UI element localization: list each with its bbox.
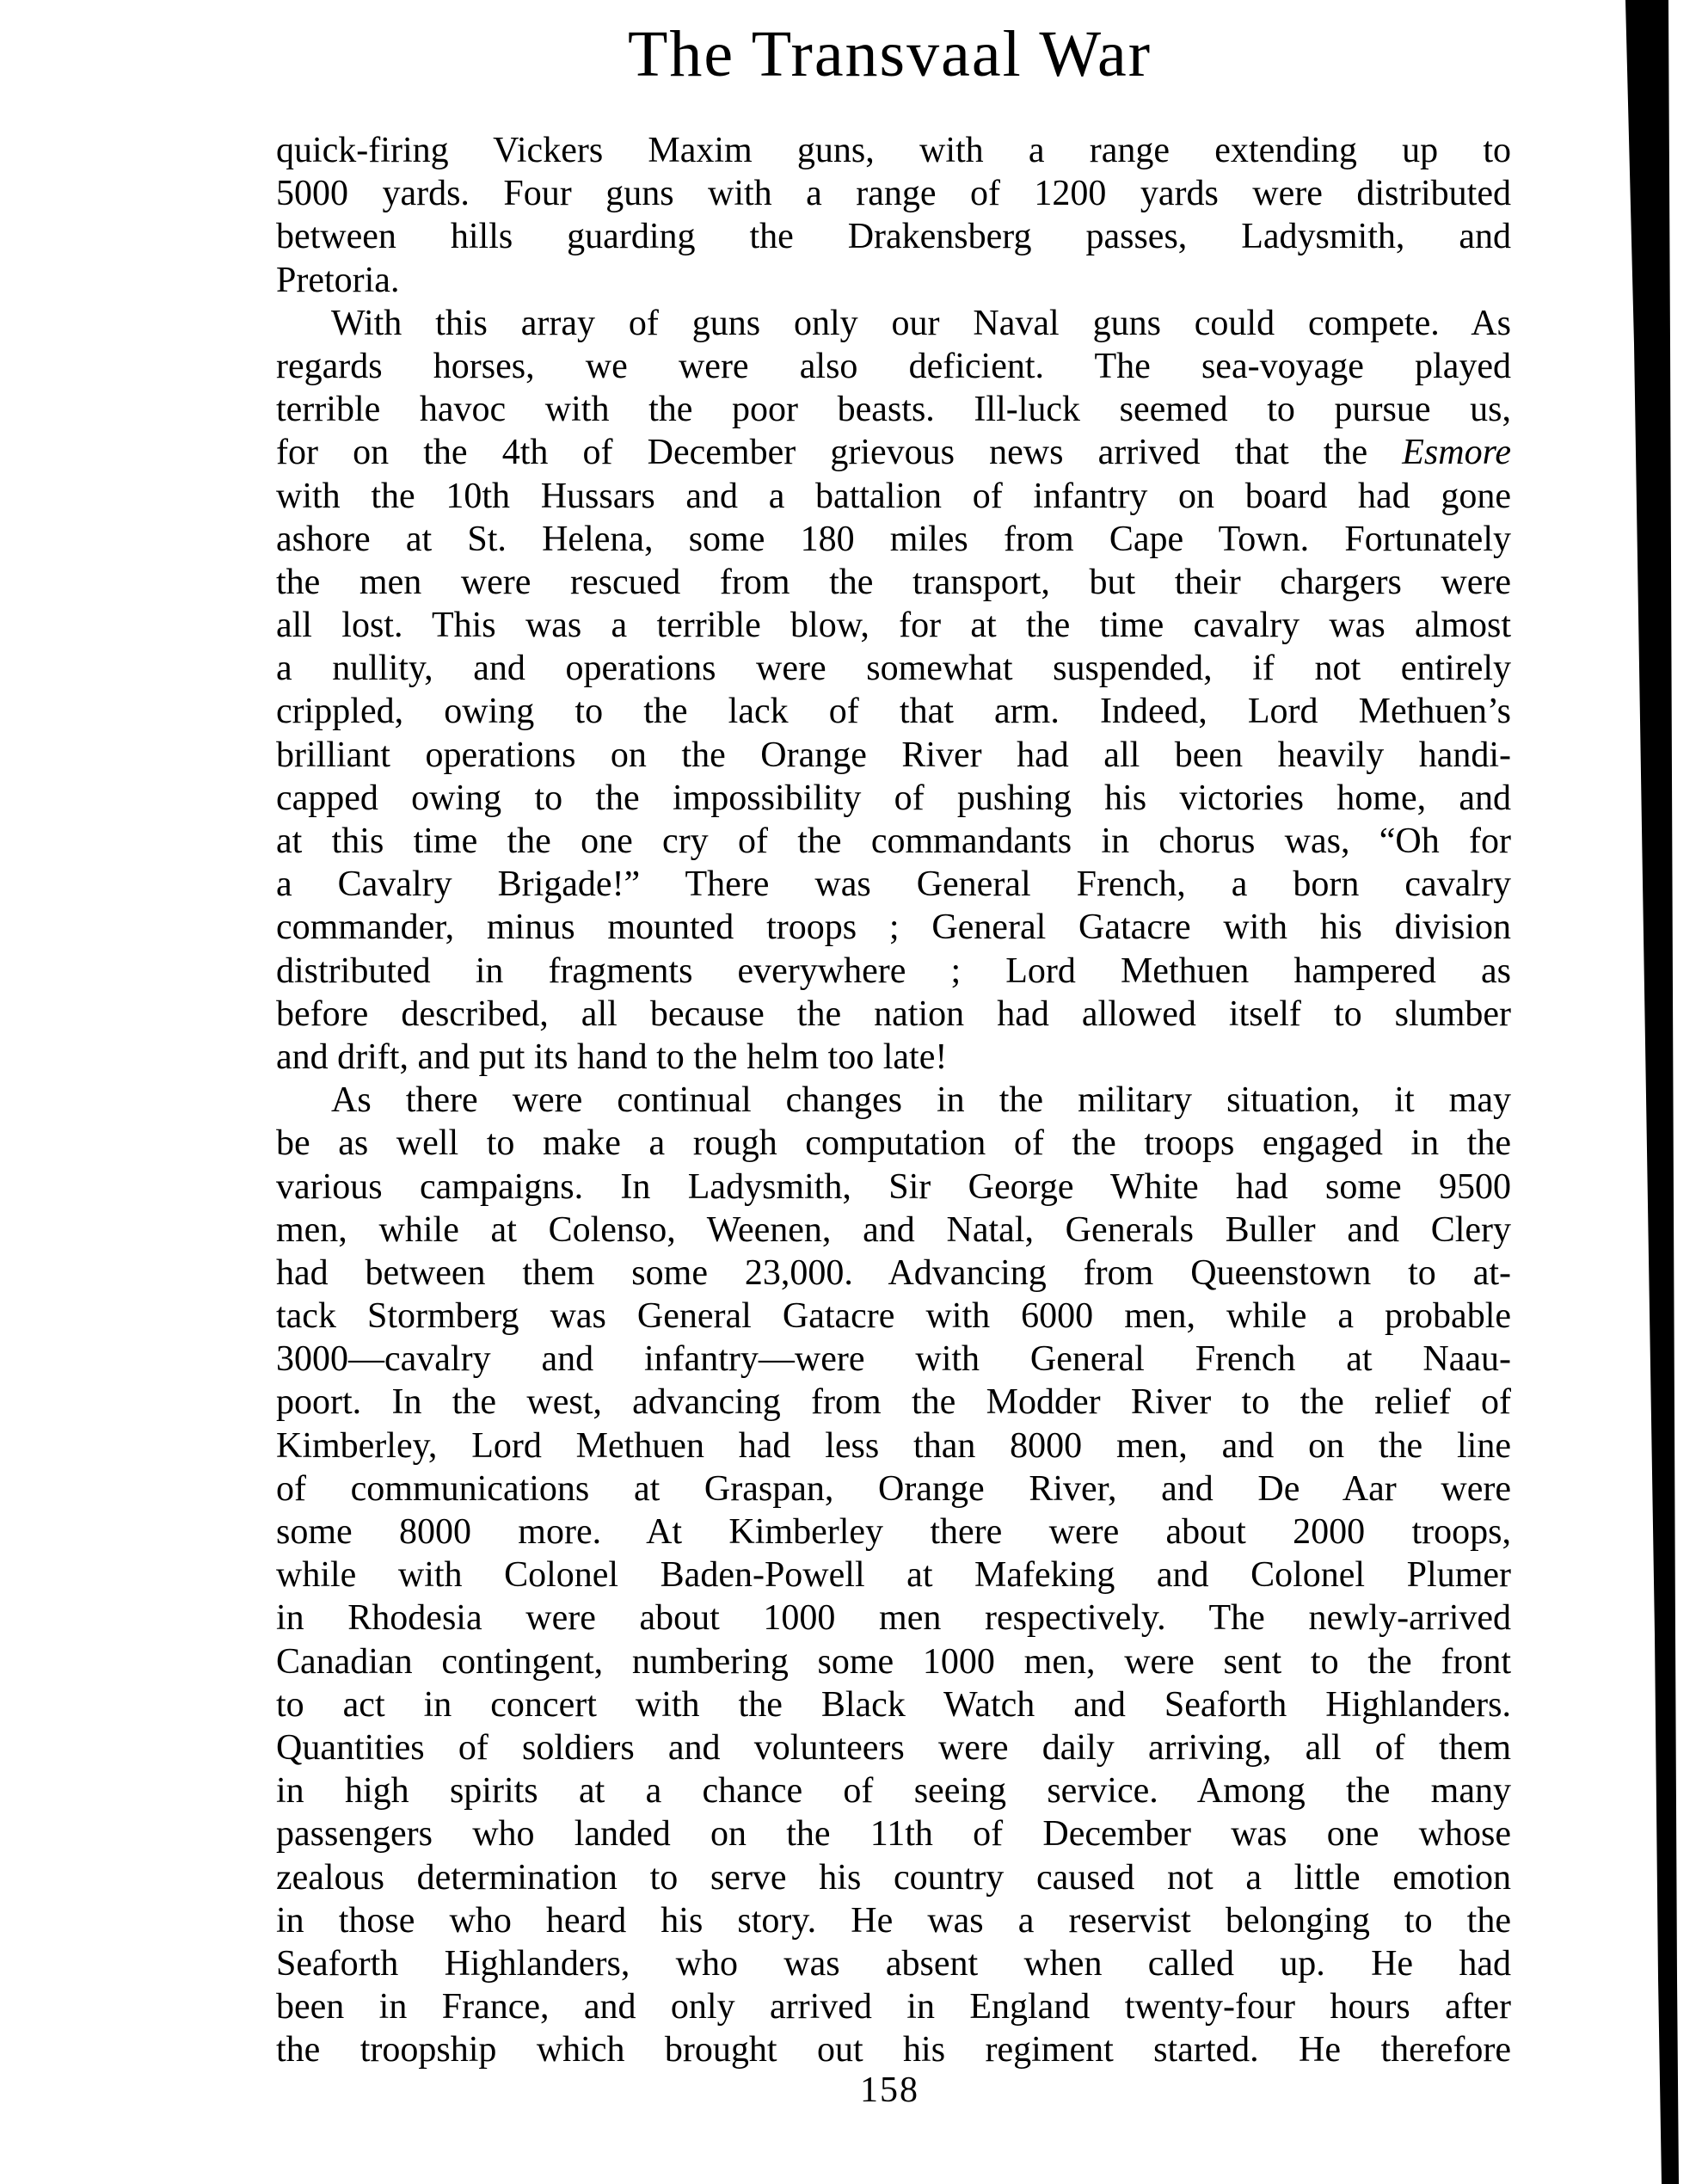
text-line-content: regards horses, we were also deficient. … [276, 347, 1511, 386]
text-line-content: in high spirits at a chance of seeing se… [276, 1771, 1511, 1811]
text-line: and drift, and put its hand to the helm … [276, 1036, 1511, 1079]
text-line: with the 10th Hussars and a battalion of… [276, 475, 1511, 518]
text-line-content: between hills guarding the Drakensberg p… [276, 217, 1511, 256]
text-line-content: a Cavalry Brigade!” There was General Fr… [276, 864, 1511, 904]
text-line-content: Pretoria. [276, 261, 399, 300]
text-line-content: with the 10th Hussars and a battalion of… [276, 477, 1511, 516]
text-line-content: tack Stormberg was General Gatacre with … [276, 1296, 1511, 1336]
book-gutter-shadow [1617, 0, 1686, 2184]
text-line: a nullity, and operations were somewhat … [276, 647, 1511, 690]
text-line-content: passengers who landed on the 11th of Dec… [276, 1814, 1511, 1854]
text-line-content: 3000—cavalry and infantry—were with Gene… [276, 1339, 1511, 1379]
text-line: zealous determination to serve his count… [276, 1856, 1511, 1899]
text-line: capped owing to the impossibility of pus… [276, 777, 1511, 820]
running-head: The Transvaal War [0, 15, 1702, 93]
text-line: before described, all because the nation… [276, 993, 1511, 1036]
text-line-content: of communications at Graspan, Orange Riv… [276, 1469, 1511, 1509]
text-line: quick-firing Vickers Maxim guns, with a … [276, 129, 1511, 172]
text-line-content: poort. In the west, advancing from the M… [276, 1382, 1511, 1422]
text-line-content: in those who heard his story. He was a r… [276, 1901, 1511, 1941]
text-line: Quantities of soldiers and volunteers we… [276, 1726, 1511, 1769]
text-line-content: the men were rescued from the transport,… [276, 563, 1511, 602]
text-line: in those who heard his story. He was a r… [276, 1899, 1511, 1942]
text-line: terrible havoc with the poor beasts. Ill… [276, 388, 1511, 431]
text-line: men, while at Colenso, Weenen, and Natal… [276, 1209, 1511, 1252]
text-line: passengers who landed on the 11th of Dec… [276, 1812, 1511, 1855]
text-line-content: at this time the one cry of the commanda… [276, 821, 1511, 861]
text-line: 3000—cavalry and infantry—were with Gene… [276, 1338, 1511, 1381]
text-line-content: a nullity, and operations were somewhat … [276, 649, 1511, 688]
text-line-content: while with Colonel Baden-Powell at Mafek… [276, 1555, 1511, 1595]
text-line-content: distributed in fragments everywhere ; Lo… [276, 951, 1511, 991]
ship-name-italic: Esmore [1402, 433, 1511, 472]
text-line: at this time the one cry of the commanda… [276, 820, 1511, 863]
text-line-content: Quantities of soldiers and volunteers we… [276, 1728, 1511, 1768]
text-line: had between them some 23,000. Advancing … [276, 1252, 1511, 1295]
text-line: commander, minus mounted troops ; Genera… [276, 906, 1511, 949]
text-line: all lost. This was a terrible blow, for … [276, 604, 1511, 647]
text-line: the men were rescued from the transport,… [276, 561, 1511, 604]
text-line: while with Colonel Baden-Powell at Mafek… [276, 1553, 1511, 1596]
text-line-content: men, while at Colenso, Weenen, and Natal… [276, 1210, 1511, 1250]
text-line-content: and drift, and put its hand to the helm … [276, 1037, 947, 1077]
text-line-content: terrible havoc with the poor beasts. Ill… [276, 390, 1511, 429]
text-line-content: be as well to make a rough computation o… [276, 1123, 1511, 1163]
text-line: be as well to make a rough computation o… [276, 1122, 1511, 1165]
text-line-content: various campaigns. In Ladysmith, Sir Geo… [276, 1167, 1511, 1207]
text-line: a Cavalry Brigade!” There was General Fr… [276, 863, 1511, 906]
text-line: As there were continual changes in the m… [276, 1079, 1511, 1122]
text-line: Canadian contingent, numbering some 1000… [276, 1640, 1511, 1683]
text-line: in high spirits at a chance of seeing se… [276, 1769, 1511, 1812]
text-line-content: capped owing to the impossibility of pus… [276, 778, 1511, 818]
text-line: crippled, owing to the lack of that arm.… [276, 690, 1511, 733]
text-line-content: As there were continual changes in the m… [331, 1080, 1511, 1120]
text-line-content: 5000 yards. Four guns with a range of 12… [276, 174, 1511, 213]
text-line: poort. In the west, advancing from the M… [276, 1381, 1511, 1424]
text-line-content: Canadian contingent, numbering some 1000… [276, 1642, 1511, 1682]
text-line: Kimberley, Lord Methuen had less than 80… [276, 1424, 1511, 1467]
text-line: regards horses, we were also deficient. … [276, 345, 1511, 388]
text-line-content: before described, all because the nation… [276, 994, 1511, 1034]
text-line: tack Stormberg was General Gatacre with … [276, 1295, 1511, 1338]
text-line: various campaigns. In Ladysmith, Sir Geo… [276, 1166, 1511, 1209]
text-line-content: some 8000 more. At Kimberley there were … [276, 1512, 1511, 1552]
text-line: in Rhodesia were about 1000 men respecti… [276, 1596, 1511, 1640]
text-line: ashore at St. Helena, some 180 miles fro… [276, 518, 1511, 561]
text-line: With this array of guns only our Naval g… [276, 302, 1511, 345]
text-line-content: all lost. This was a terrible blow, for … [276, 606, 1511, 645]
text-line-content: had between them some 23,000. Advancing … [276, 1253, 1511, 1293]
text-line: 5000 yards. Four guns with a range of 12… [276, 172, 1511, 215]
text-line-content: With this array of guns only our Naval g… [331, 304, 1511, 343]
text-line-content: been in France, and only arrived in Engl… [276, 1987, 1511, 2027]
text-line: distributed in fragments everywhere ; Lo… [276, 950, 1511, 993]
text-line-content: crippled, owing to the lack of that arm.… [276, 692, 1511, 731]
text-line: of communications at Graspan, Orange Riv… [276, 1467, 1511, 1510]
text-line-content: zealous determination to serve his count… [276, 1858, 1511, 1898]
text-line: brilliant operations on the Orange River… [276, 734, 1511, 777]
text-line-content: Seaforth Highlanders, who was absent whe… [276, 1944, 1511, 1984]
text-line-content: Kimberley, Lord Methuen had less than 80… [276, 1426, 1511, 1466]
text-line: Seaforth Highlanders, who was absent whe… [276, 1942, 1511, 1985]
body-text: quick-firing Vickers Maxim guns, with a … [276, 129, 1511, 2071]
page-number: 158 [0, 2064, 1702, 2116]
text-line-content: in Rhodesia were about 1000 men respecti… [276, 1598, 1511, 1638]
text-line: between hills guarding the Drakensberg p… [276, 215, 1511, 258]
text-line-content: commander, minus mounted troops ; Genera… [276, 907, 1511, 947]
text-line: for on the 4th of December grievous news… [276, 431, 1511, 474]
text-line-content: to act in concert with the Black Watch a… [276, 1685, 1511, 1725]
text-line: to act in concert with the Black Watch a… [276, 1683, 1511, 1726]
text-line-content: ashore at St. Helena, some 180 miles fro… [276, 520, 1511, 559]
text-line-content: brilliant operations on the Orange River… [276, 735, 1511, 775]
text-line-content: for on the 4th of December grievous news… [276, 433, 1402, 472]
text-line: Pretoria. [276, 259, 1511, 302]
text-line-content: quick-firing Vickers Maxim guns, with a … [276, 131, 1511, 170]
text-line: been in France, and only arrived in Engl… [276, 1985, 1511, 2028]
text-line: some 8000 more. At Kimberley there were … [276, 1510, 1511, 1553]
